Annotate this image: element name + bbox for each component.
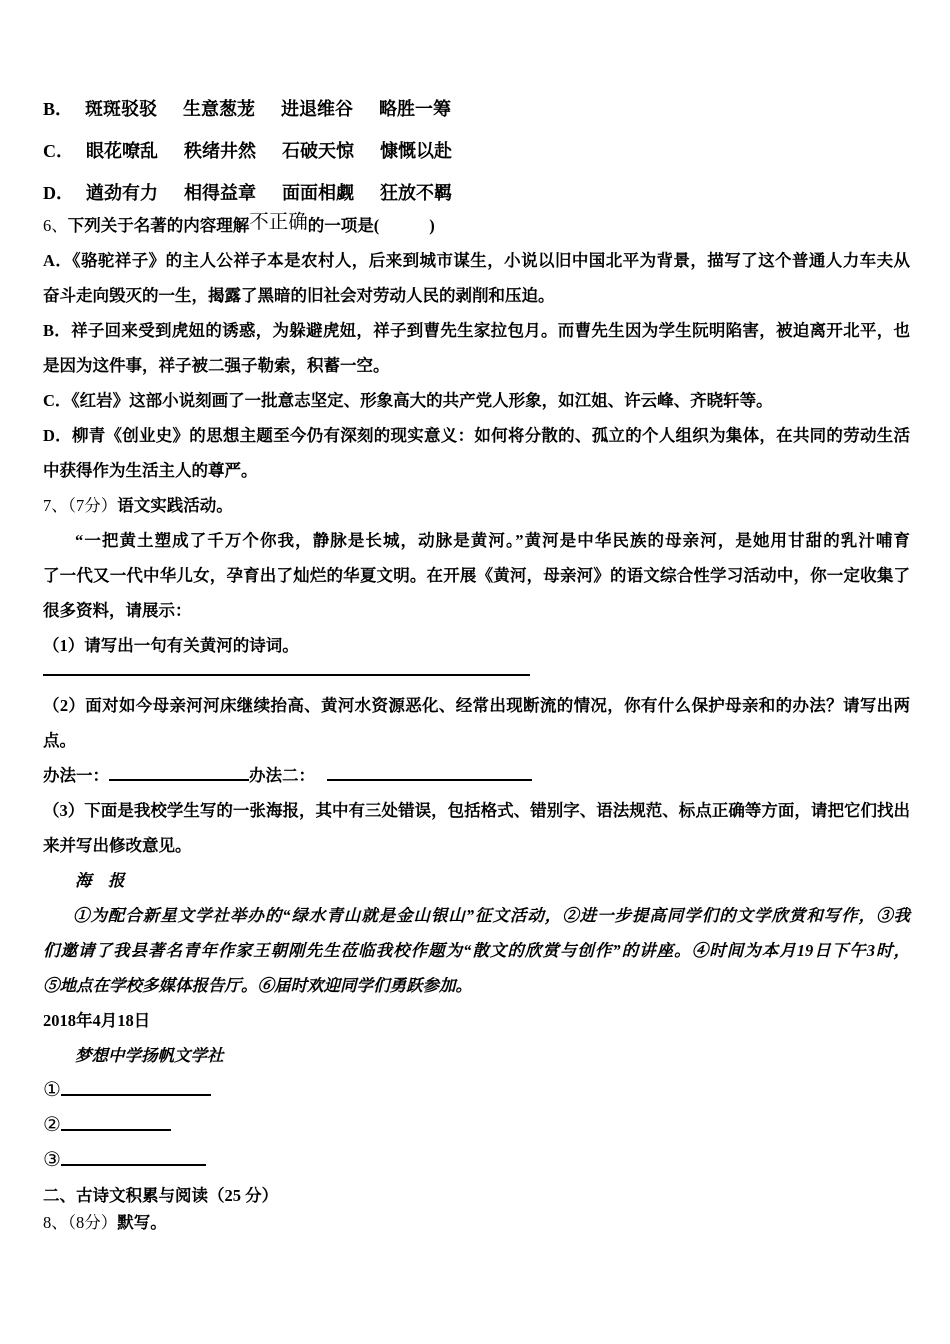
q7-part2-line-1: （2）面对如今母亲河河床继续抬高、黄河水资源恶化、经常出现断流的情况，你有什么保…	[43, 688, 910, 723]
q6-option-a-line-1: A．《骆驼祥子》的主人公祥子本是农村人，后来到城市谋生，小说以旧中国北平为背景，…	[43, 243, 910, 278]
correction-answer-row-1: ①	[43, 1073, 910, 1108]
q6-option-a-line-2: 奋斗走向毁灭的一生，揭露了黑暗的旧社会对劳动人民的剥削和压迫。	[43, 278, 910, 313]
q5-option-row-c: C．眼花嘹乱秩绪井然石破天惊慷慨以赴	[43, 130, 910, 172]
q8-title: 默写。	[117, 1213, 167, 1232]
q5-option-row-b: B．斑斑驳驳生意葱茏进退维谷略胜一筹	[43, 88, 910, 130]
q6-option-d-line-1: D．柳青《创业史》的思想主题至今仍有深刻的现实意义：如何将分散的、孤立的个人组织…	[43, 418, 910, 453]
idiom: 生意葱茏	[183, 99, 255, 119]
q7-part3-line-2: 来并写出修改意见。	[43, 828, 910, 863]
circled-number-marker: ③	[43, 1149, 61, 1171]
q7-part2-line-2: 点。	[43, 723, 910, 758]
q6-stem-close: )	[429, 216, 435, 235]
idiom: 进退维谷	[281, 99, 353, 119]
q6-option-b-line-2: 是因为这件事，祥子被二强子勒索，积蓄一空。	[43, 348, 910, 383]
idiom: 石破天惊	[282, 141, 354, 161]
question-score: （8分）	[68, 1213, 118, 1232]
question-number: 7、	[43, 496, 68, 515]
exam-paper-page: B．斑斑驳驳生意葱茏进退维谷略胜一筹 C．眼花嘹乱秩绪井然石破天惊慷慨以赴 D．…	[0, 0, 950, 1344]
correction-answer-row-2: ②	[43, 1108, 910, 1143]
q6-option-b-line-1: B．祥子回来受到虎妞的诱惑，为躲避虎妞，祥子到曹先生家拉包月。而曹先生因为学生阮…	[43, 313, 910, 348]
idiom: 慷慨以赴	[380, 141, 452, 161]
question-number: 8、	[43, 1213, 68, 1232]
q6-stem-pre: 下列关于名著的内容理解	[68, 216, 250, 235]
q7-intro-line-3: 很多资料，请展示：	[43, 593, 910, 628]
option-label: D．	[43, 183, 74, 203]
answer-blank-underline	[61, 1115, 171, 1131]
answer-blank-underline	[61, 1150, 206, 1166]
q6-stem-highlight: 不正确	[249, 211, 308, 233]
circled-number-marker: ①	[43, 1079, 61, 1101]
idiom: 略胜一筹	[379, 99, 451, 119]
exam-content: B．斑斑驳驳生意葱茏进退维谷略胜一筹 C．眼花嘹乱秩绪井然石破天惊慷慨以赴 D．…	[43, 88, 910, 1240]
method2-blank-underline	[327, 765, 532, 781]
q7-part3-line-1: （3）下面是我校学生写的一张海报，其中有三处错误，包括格式、错别字、语法规范、标…	[43, 793, 910, 828]
option-label: B．	[43, 99, 73, 119]
idiom: 遒劲有力	[86, 183, 158, 203]
question-number: 6、	[43, 216, 68, 235]
idiom: 狂放不羁	[380, 183, 452, 203]
q6-stem-post: 的一项是(	[308, 216, 380, 235]
q7-title: 语文实践活动。	[117, 496, 233, 515]
idiom: 眼花嘹乱	[86, 141, 158, 161]
option-label: C．	[43, 141, 74, 161]
question-score: （7分）	[68, 496, 118, 515]
poster-signature: 梦想中学扬帆文学社	[43, 1038, 910, 1073]
poster-date: 2018年4月18日	[43, 1003, 910, 1038]
answer-blank-underline	[61, 1080, 211, 1096]
method1-label: 办法一：	[43, 766, 109, 785]
correction-answer-row-3: ③	[43, 1143, 910, 1178]
q6-option-d-line-2: 中获得作为生活主人的尊严。	[43, 453, 910, 488]
method1-blank-underline	[109, 765, 249, 781]
q7-intro-line-1: “一把黄土塑成了千万个你我，静脉是长城，动脉是黄河。”黄河是中华民族的母亲河，是…	[43, 523, 910, 558]
q6-option-c-line-1: C．《红岩》这部小说刻画了一批意志坚定、形象高大的共产党人形象，如江姐、许云峰、…	[43, 383, 910, 418]
idiom: 斑斑驳驳	[85, 99, 157, 119]
poster-body-line-3: ⑤地点在学校多媒体报告厅。⑥届时欢迎同学们勇跃参加。	[43, 968, 910, 1003]
q7-intro-line-2: 了一代又一代中华儿女，孕育出了灿烂的华夏文明。在开展《黄河，母亲河》的语文综合性…	[43, 558, 910, 593]
poster-body-line-1: ①为配合新星文学社举办的“绿水青山就是金山银山”征文活动，②进一步提高同学们的文…	[43, 898, 910, 933]
idiom: 面面相觑	[282, 183, 354, 203]
q7-part1-blank-row	[43, 653, 910, 688]
circled-number-marker: ②	[43, 1114, 61, 1136]
answer-blank-underline	[43, 660, 530, 676]
idiom: 相得益章	[184, 183, 256, 203]
q7-method-fill-row: 办法一：办法二：	[43, 758, 910, 793]
q7-heading: 7、（7分）语文实践活动。	[43, 488, 910, 523]
poster-body-line-2: 们邀请了我县著名青年作家王朝刚先生莅临我校作题为“散文的欣赏与创作”的讲座。④时…	[43, 933, 910, 968]
idiom: 秩绪井然	[184, 141, 256, 161]
poster-title: 海 报	[43, 863, 910, 898]
q6-stem: 6、下列关于名著的内容理解不正确的一项是()	[43, 208, 910, 243]
method2-label: 办法二：	[249, 766, 315, 785]
